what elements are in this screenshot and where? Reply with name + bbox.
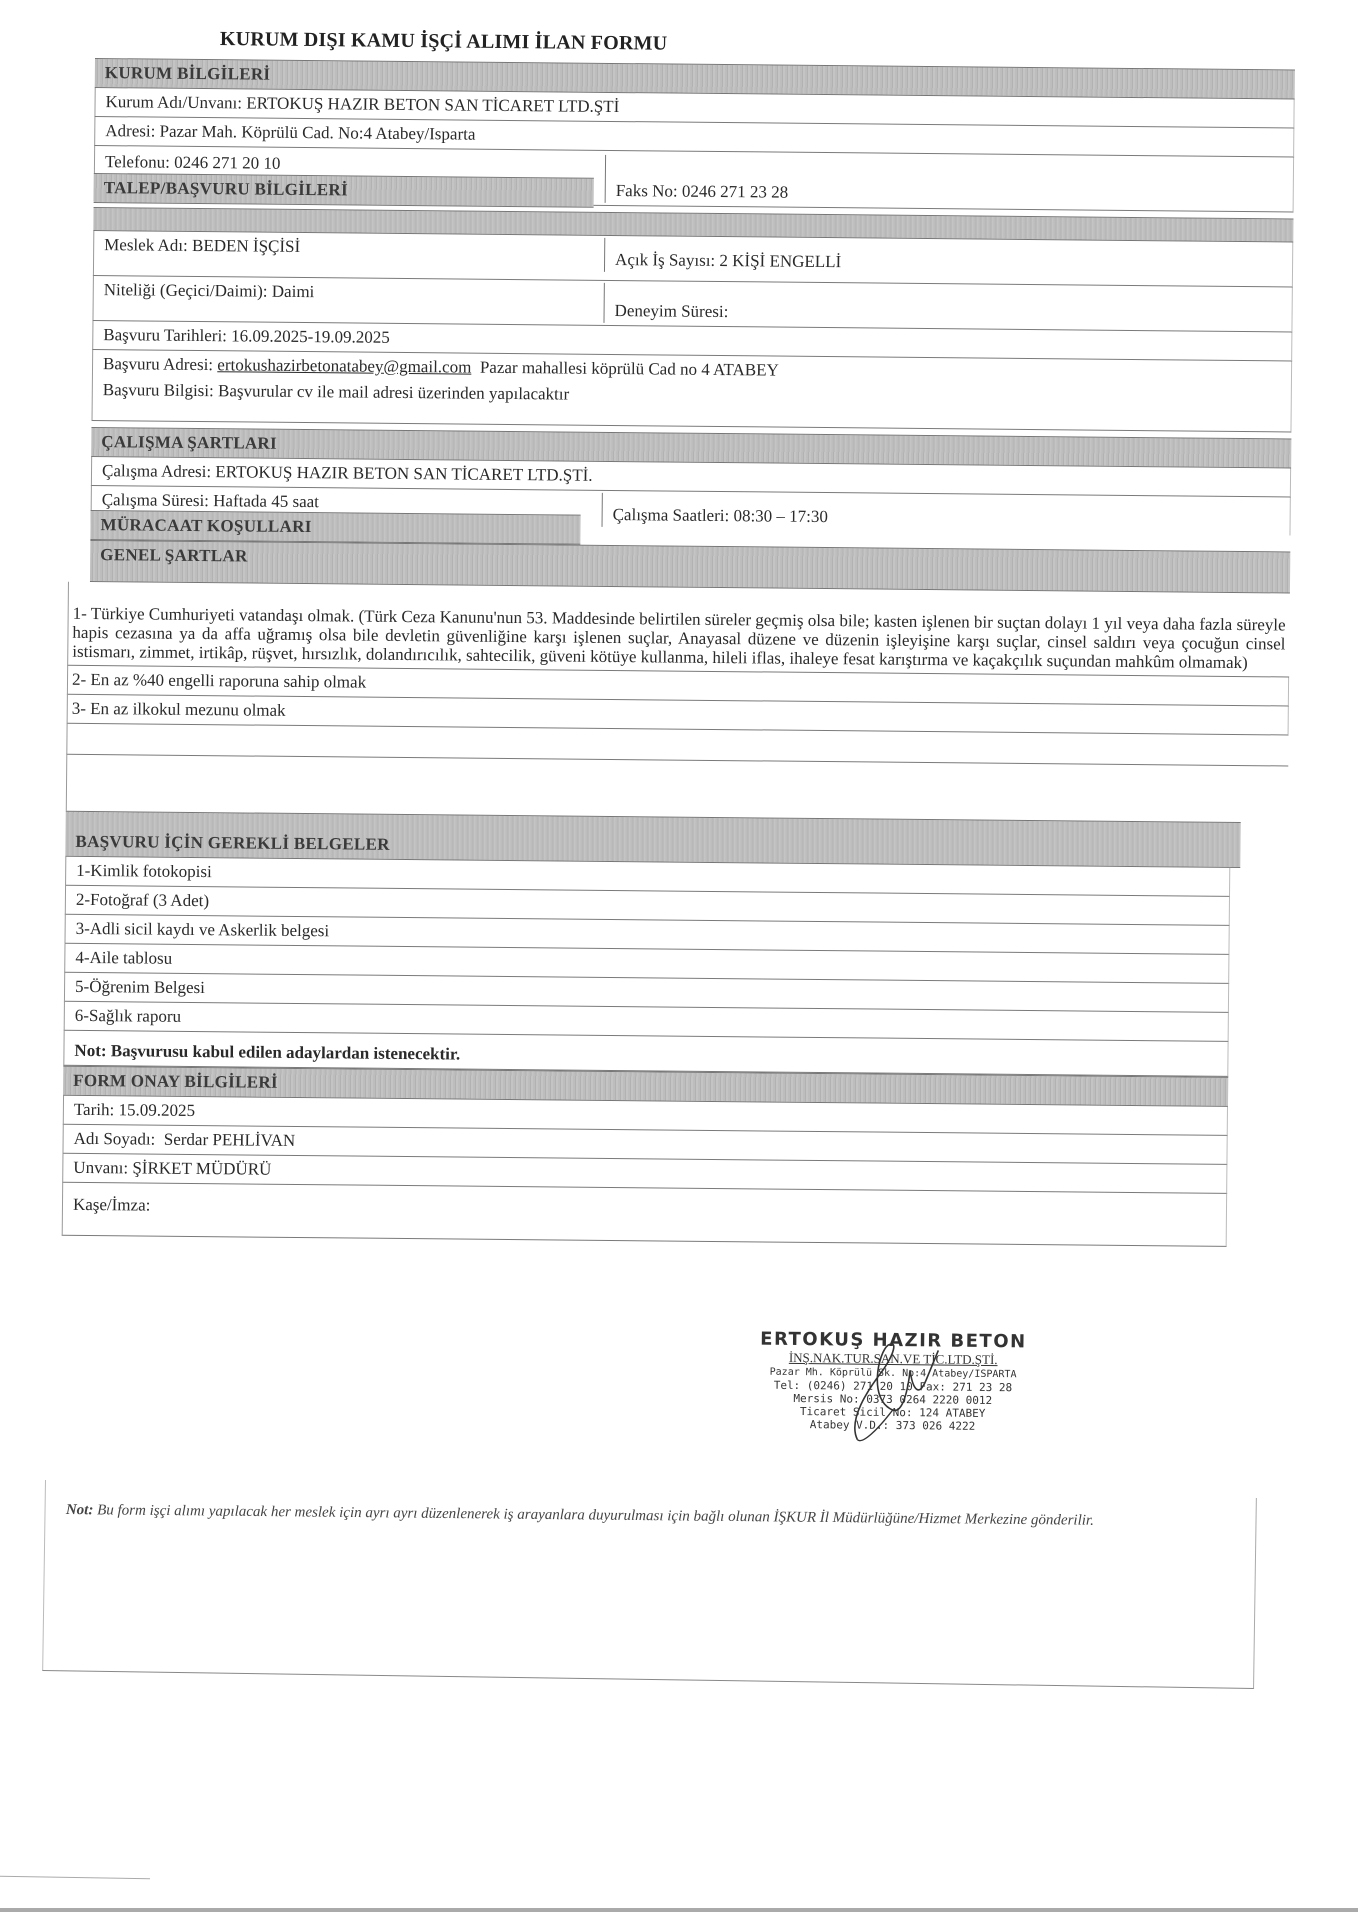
label-apply-address: Başvuru Adresi: bbox=[103, 354, 213, 374]
value-work-duration: Haftada 45 saat bbox=[213, 491, 319, 511]
label-approver-title: Unvanı: bbox=[73, 1156, 128, 1181]
label-work-duration: Çalışma Süresi: bbox=[102, 490, 209, 510]
value-open-jobs: 2 KİŞİ ENGELLİ bbox=[719, 251, 841, 271]
value-occupation: BEDEN İŞÇİSİ bbox=[192, 236, 300, 256]
documents-note: Not: Başvurusu kabul edilen adaylardan i… bbox=[74, 1039, 460, 1067]
scanned-form-page: KURUM DIŞI KAMU İŞÇİ ALIMI İLAN FORMU KU… bbox=[0, 0, 1358, 1920]
label-nature: Niteliği (Geçici/Daimi): bbox=[104, 280, 268, 301]
value-apply-info: Başvurular cv ile mail adresi üzerinden … bbox=[218, 381, 569, 403]
label-experience: Deneyim Süresi: bbox=[615, 301, 729, 321]
page-bottom-edge bbox=[0, 1908, 1358, 1912]
value-address: Pazar Mah. Köprülü Cad. No:4 Atabey/Ispa… bbox=[160, 122, 476, 144]
row-signature: Kaşe/İmza: bbox=[62, 1183, 1227, 1247]
value-approval-date: 15.09.2025 bbox=[118, 1098, 195, 1123]
label-work-address: Çalışma Adresi: bbox=[102, 461, 211, 481]
form-sheet: KURUM BİLGİLERİ Kurum Adı/Unvanı: ERTOKU… bbox=[84, 58, 1295, 1247]
value-apply-address: Pazar mahallesi köprülü Cad no 4 ATABEY bbox=[480, 358, 779, 380]
label-signature: Kaşe/İmza: bbox=[73, 1193, 151, 1218]
value-approver-title: ŞİRKET MÜDÜRÜ bbox=[132, 1156, 271, 1181]
scan-artifact-line bbox=[0, 1876, 150, 1880]
footer-note-label: Not: bbox=[66, 1502, 94, 1518]
value-kurum-name: ERTOKUŞ HAZIR BETON SAN TİCARET LTD.ŞTİ bbox=[246, 93, 619, 116]
apply-email-link[interactable]: ertokushazirbetonatabey@gmail.com bbox=[217, 355, 471, 376]
value-fax: 0246 271 23 28 bbox=[682, 182, 788, 202]
form-title: KURUM DIŞI KAMU İŞÇİ ALIMI İLAN FORMU bbox=[220, 28, 668, 56]
value-nature: Daimi bbox=[272, 282, 315, 301]
company-stamp: ERTOKUŞ HAZIR BETON İNŞ.NAK.TUR.SAN.VE T… bbox=[747, 1328, 1038, 1433]
label-fax: Faks No: bbox=[616, 181, 678, 201]
label-open-jobs: Açık İş Sayısı: bbox=[615, 250, 715, 270]
label-address: Adresi: bbox=[105, 121, 155, 140]
label-kurum-name: Kurum Adı/Unvanı: bbox=[105, 92, 242, 112]
value-work-address: ERTOKUŞ HAZIR BETON SAN TİCARET LTD.ŞTİ. bbox=[215, 462, 592, 485]
label-phone: Telefonu: bbox=[105, 152, 170, 172]
label-occupation: Meslek Adı: bbox=[104, 235, 188, 255]
documents-list: 1-Kimlik fotokopisi 2-Fotoğraf (3 Adet) … bbox=[62, 857, 1231, 1247]
label-approval-date: Tarih: bbox=[74, 1098, 115, 1122]
label-apply-info: Başvuru Bilgisi: bbox=[103, 380, 214, 400]
value-work-hours: 08:30 – 17:30 bbox=[733, 506, 828, 526]
section-header-belgeler: BAŞVURU İÇİN GEREKLİ BELGELER bbox=[65, 811, 1240, 868]
label-dates: Başvuru Tarihleri: bbox=[103, 325, 227, 345]
value-phone: 0246 271 20 10 bbox=[174, 153, 280, 173]
value-approver-name: Serdar PEHLİVAN bbox=[164, 1128, 296, 1153]
section-header-talep: TALEP/BAŞVURU BİLGİLERİ bbox=[94, 173, 594, 208]
value-dates: 16.09.2025-19.09.2025 bbox=[231, 326, 390, 347]
label-work-hours: Çalışma Saatleri: bbox=[613, 505, 730, 525]
label-approver-name: Adı Soyadı: bbox=[74, 1127, 156, 1152]
signature-icon bbox=[837, 1329, 958, 1450]
condition-1: 1- Türkiye Cumhuriyeti vatandaşı olmak. … bbox=[67, 582, 1290, 678]
